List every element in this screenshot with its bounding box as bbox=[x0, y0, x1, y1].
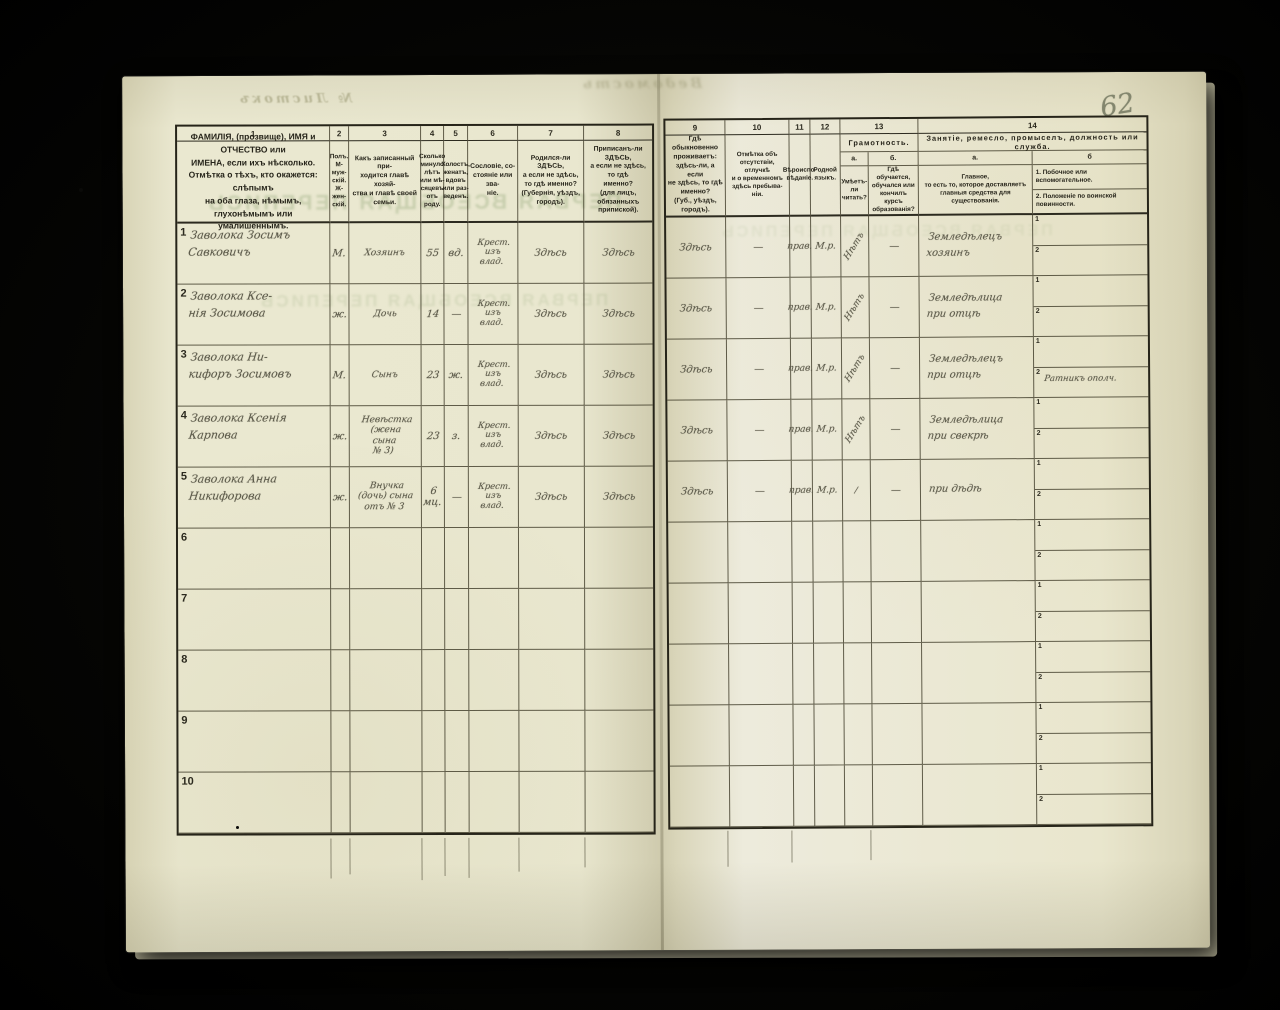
cell-can-read: Нѣтъ bbox=[841, 277, 869, 338]
table-row: Здѣсь — прав. М.р. Нѣтъ — Земледѣлецъ хо… bbox=[666, 214, 1147, 278]
cell-registration bbox=[585, 528, 653, 589]
military-status-sub2: 2 bbox=[1036, 610, 1150, 641]
cell-language bbox=[814, 704, 844, 765]
center-fold bbox=[657, 74, 664, 950]
cell-registration bbox=[586, 772, 654, 833]
cell-can-read bbox=[844, 704, 872, 765]
cell-sex bbox=[331, 589, 350, 650]
cell-education bbox=[873, 765, 923, 826]
cell-age bbox=[422, 650, 445, 711]
printed-sub-2: 2 bbox=[1037, 430, 1041, 437]
cell-name: 4 Заволока Ксенія Карпова bbox=[178, 406, 331, 467]
side-occupation-sub1: 1 bbox=[1033, 275, 1147, 305]
cell-sex bbox=[331, 650, 350, 711]
cell-name: 3 Заволока Ни- кифоръ Зосимовъ bbox=[178, 345, 331, 406]
cell-relation bbox=[351, 772, 423, 833]
hw-relation: Сынъ bbox=[371, 370, 398, 380]
col-number: 10 bbox=[725, 120, 789, 135]
cell-sex bbox=[331, 711, 350, 772]
cell-relation bbox=[350, 711, 422, 772]
row-number: 6 bbox=[181, 530, 187, 547]
hw-age: 23 bbox=[426, 370, 440, 381]
header-religion: Вѣроиспо- вѣданіе. bbox=[789, 135, 811, 217]
cell-marital: — bbox=[444, 284, 468, 345]
cell-birthplace: Здѣсь bbox=[519, 406, 585, 467]
cell-birthplace: Здѣсь bbox=[519, 345, 585, 406]
table-row: 1 2 bbox=[669, 641, 1150, 705]
cell-side-occupation: 1 2 bbox=[1033, 275, 1147, 337]
cell-name: 2 Заволока Ксе- нія Зосимова bbox=[177, 284, 330, 345]
printed-sub-1: 1 bbox=[1035, 277, 1039, 284]
printed-sub-1: 1 bbox=[1038, 704, 1042, 711]
cell-age: 23 bbox=[422, 406, 445, 467]
cell-absence: — bbox=[727, 400, 791, 461]
census-sheet-spread: ПЕРВАЯ ВСЕОБЩАЯ ПЕРЕПИСЬ ПЕРВАЯ ВСЕОБЩАЯ… bbox=[122, 72, 1210, 953]
cell-age bbox=[422, 711, 445, 772]
military-status-sub2: 2 bbox=[1037, 793, 1151, 824]
cell-education: — bbox=[870, 399, 920, 460]
table-row: 9 bbox=[178, 711, 653, 773]
cell-name: 10 bbox=[179, 772, 332, 833]
printed-sub-2: 2 bbox=[1039, 796, 1043, 803]
header-estate: Сословіе, со- стояніе или зва- ніе. bbox=[468, 141, 518, 223]
printed-sub-1: 1 bbox=[1038, 582, 1042, 589]
side-occupation-sub1: 1 bbox=[1036, 641, 1150, 671]
hw-estate: Крест. изъ влад. bbox=[475, 239, 511, 267]
hw-name: Заволока Ксе- нія Зосимова bbox=[187, 288, 273, 321]
bleed-through-smudge: Ведомость bbox=[482, 76, 702, 93]
cell-absence bbox=[729, 583, 793, 644]
table-row: 7 bbox=[178, 589, 653, 651]
cell-side-occupation: 1 2 bbox=[1035, 458, 1149, 520]
cell-religion bbox=[793, 705, 814, 766]
cell-education bbox=[872, 643, 922, 704]
cell-religion bbox=[794, 766, 815, 827]
hw-education: — bbox=[890, 484, 901, 495]
printed-sub-1: 1 bbox=[1037, 460, 1041, 467]
cell-residence: Здѣсь bbox=[667, 400, 727, 461]
cell-registration bbox=[585, 711, 653, 772]
printed-sub-2: 2 bbox=[1038, 674, 1042, 681]
printed-sub-2: 2 bbox=[1036, 369, 1040, 376]
cell-registration: Здѣсь bbox=[585, 467, 653, 528]
cell-absence: — bbox=[728, 461, 792, 522]
cell-residence: Здѣсь bbox=[666, 278, 726, 339]
grid-line-stub bbox=[870, 830, 871, 860]
cell-sex: ж. bbox=[331, 406, 350, 467]
hw-occupation: при дѣдѣ bbox=[928, 481, 983, 497]
cell-religion bbox=[793, 644, 814, 705]
cell-birthplace bbox=[520, 772, 586, 833]
hw-age: 14 bbox=[425, 309, 439, 320]
table-row: Здѣсь — прав. М.р. — — при дѣдѣ 1 2 bbox=[668, 458, 1149, 522]
table-row: 1 2 bbox=[670, 763, 1151, 827]
col-number: 9 bbox=[665, 120, 725, 135]
table-row: 1 2 bbox=[669, 702, 1150, 766]
grid-line-stub bbox=[444, 838, 445, 876]
row-number: 7 bbox=[181, 591, 187, 608]
table-row: 1 Заволока Зосимъ Савковичъ М. Хозяинъ 5… bbox=[177, 223, 652, 285]
cell-relation: Дочь bbox=[349, 284, 421, 345]
cell-religion: прав. bbox=[790, 217, 811, 278]
cell-marital: вд. bbox=[444, 223, 468, 284]
cell-birthplace bbox=[519, 528, 585, 589]
col-number: 11 bbox=[789, 120, 810, 135]
cell-main-occupation bbox=[922, 642, 1036, 704]
side-occupation-sub1: 1 bbox=[1034, 397, 1148, 427]
cell-relation bbox=[350, 650, 422, 711]
cell-main-occupation: Земледѣлица при отцѣ bbox=[919, 276, 1033, 338]
row-number: 9 bbox=[181, 713, 187, 730]
cell-religion: прав. bbox=[792, 461, 813, 522]
cell-relation bbox=[350, 528, 422, 589]
cell-name: 5 Заволока Анна Никифорова bbox=[178, 467, 331, 528]
cell-age bbox=[422, 528, 445, 589]
cell-education: — bbox=[870, 338, 920, 399]
cell-birthplace bbox=[519, 650, 585, 711]
col-number: 4 bbox=[421, 126, 444, 141]
header-name: ФАМИЛІЯ, (прозвище), ИМЯ и ОТЧЕСТВО или … bbox=[177, 141, 330, 223]
side-occupation-sub1: 1 bbox=[1035, 519, 1149, 549]
cell-marital bbox=[445, 711, 469, 772]
cell-estate: Крест. изъ влад. bbox=[469, 467, 519, 528]
col-number: 13 bbox=[840, 119, 918, 135]
subheader-letter-a: а. bbox=[841, 152, 869, 166]
cell-education bbox=[872, 704, 922, 765]
hw-absence: — bbox=[752, 241, 763, 252]
hw-age: 55 bbox=[425, 248, 439, 259]
hw-sex: М. bbox=[332, 248, 347, 259]
cell-language bbox=[815, 765, 845, 826]
cell-religion bbox=[793, 583, 814, 644]
row-number: 1 bbox=[180, 225, 186, 242]
cell-estate bbox=[469, 528, 519, 589]
cell-registration: Здѣсь bbox=[585, 406, 653, 467]
cell-main-occupation: Земледѣлецъ при отцѣ bbox=[920, 337, 1034, 399]
hw-estate: Крест. изъ влад. bbox=[475, 300, 511, 328]
subheader-letter-a2: а. bbox=[919, 151, 1033, 166]
cell-can-read: Нѣтъ bbox=[842, 399, 870, 460]
cell-birthplace bbox=[519, 711, 585, 772]
hw-language: М.р. bbox=[816, 424, 838, 434]
cell-residence bbox=[669, 705, 729, 766]
hw-birthplace: Здѣсь bbox=[534, 308, 568, 319]
cell-religion: прав. bbox=[790, 278, 811, 339]
hw-estate: Крест. изъ влад. bbox=[475, 422, 511, 450]
military-status-sub2: 2 bbox=[1033, 244, 1147, 275]
cell-sex: М. bbox=[330, 223, 349, 284]
cell-main-occupation bbox=[922, 581, 1036, 643]
hw-age: 6 мц. bbox=[421, 486, 446, 508]
header-education: Гдѣ обучается, обучался или кончилъ курс… bbox=[869, 166, 919, 216]
military-status-sub2: 2 bbox=[1034, 305, 1148, 336]
left-page-table: 1 2 3 4 5 6 7 8 ФАМИЛІЯ, (прозвище), ИМЯ… bbox=[175, 124, 656, 836]
subheader-letter-b: б. bbox=[869, 152, 919, 166]
table-row: Здѣсь — прав. М.р. Нѣтъ — Земледѣлица пр… bbox=[667, 397, 1148, 461]
grid-line-stub bbox=[518, 838, 519, 872]
cell-name: 8 bbox=[178, 650, 331, 711]
hw-can-read: Нѣтъ bbox=[844, 352, 868, 384]
hw-language: М.р. bbox=[815, 241, 837, 251]
military-status-sub2: 2 bbox=[1035, 427, 1149, 458]
header-military-status: 2. Положеніе по воинской повинности. bbox=[1033, 188, 1147, 213]
cell-side-occupation: 1 2 bbox=[1036, 641, 1150, 703]
cell-residence: Здѣсь bbox=[667, 339, 727, 400]
printed-sub-1: 1 bbox=[1037, 521, 1041, 528]
header-sex: Полъ. М-муж- скій. Ж-жен- скій. bbox=[330, 141, 349, 223]
header-relation: Какъ записанный при- ходится главѣ хозяй… bbox=[349, 141, 421, 223]
cell-language bbox=[813, 521, 843, 582]
cell-registration: Здѣсь bbox=[585, 345, 653, 406]
hw-name: Заволока Анна Никифорова bbox=[188, 471, 278, 504]
hw-sex: ж. bbox=[332, 492, 348, 503]
cell-side-occupation: 1 2 bbox=[1036, 580, 1150, 642]
cell-main-occupation: при дѣдѣ bbox=[921, 459, 1035, 521]
cell-language: М.р. bbox=[813, 460, 843, 521]
table-row: 2 Заволока Ксе- нія Зосимова ж. Дочь 14 … bbox=[177, 284, 652, 346]
cell-can-read: Нѣтъ bbox=[842, 338, 870, 399]
cell-name: 1 Заволока Зосимъ Савковичъ bbox=[177, 223, 330, 284]
hw-residence: Здѣсь bbox=[679, 303, 713, 314]
cell-estate bbox=[469, 650, 519, 711]
header-can-read: Умѣетъ- ли читать? bbox=[841, 166, 869, 216]
cell-registration: Здѣсь bbox=[584, 223, 652, 284]
cell-residence bbox=[668, 522, 728, 583]
cell-birthplace: Здѣсь bbox=[519, 467, 585, 528]
cell-absence bbox=[729, 644, 793, 705]
hw-birthplace: Здѣсь bbox=[534, 430, 568, 441]
cell-can-read bbox=[844, 582, 872, 643]
hw-residence: Здѣсь bbox=[680, 425, 714, 436]
col-number: 2 bbox=[330, 126, 349, 141]
hw-name: Заволока Ксенія Карпова bbox=[188, 410, 288, 443]
hw-religion: прав. bbox=[788, 303, 814, 313]
printed-sub-2: 2 bbox=[1037, 491, 1041, 498]
hw-registration: Здѣсь bbox=[602, 491, 636, 502]
cell-education: — bbox=[869, 216, 919, 277]
grid-line-stub bbox=[421, 838, 422, 880]
cell-name: 6 bbox=[178, 528, 331, 589]
hw-birthplace: Здѣсь bbox=[534, 369, 568, 380]
hw-military-status: Ратникъ ополч. bbox=[1044, 373, 1118, 384]
cell-religion: прав. bbox=[791, 400, 812, 461]
cell-registration: Здѣсь bbox=[584, 284, 652, 345]
cell-estate: Крест. изъ влад. bbox=[468, 223, 518, 284]
table-row: 1 2 bbox=[668, 519, 1149, 583]
hw-education: — bbox=[888, 240, 899, 251]
military-status-sub2: 2 bbox=[1037, 732, 1151, 763]
cell-estate bbox=[469, 711, 519, 772]
cell-can-read bbox=[845, 765, 873, 826]
military-status-sub2: 2 bbox=[1035, 549, 1149, 580]
printed-sub-1: 1 bbox=[1039, 765, 1043, 772]
header-main-occupation: Главное, то есть то, которое доставляетъ… bbox=[919, 165, 1033, 216]
hw-education: — bbox=[889, 423, 900, 434]
hw-name: Заволока Ни- кифоръ Зосимовъ bbox=[188, 349, 295, 382]
cell-religion: прав. bbox=[791, 339, 812, 400]
cell-name: 7 bbox=[178, 589, 331, 650]
row-number: 5 bbox=[181, 469, 187, 486]
cell-name: 9 bbox=[178, 711, 331, 772]
cell-education: — bbox=[869, 277, 919, 338]
table-row: 10 bbox=[179, 772, 654, 834]
cell-birthplace: Здѣсь bbox=[518, 223, 584, 284]
hw-can-read: — bbox=[850, 483, 863, 497]
cell-main-occupation bbox=[923, 764, 1037, 826]
hw-relation: Дочь bbox=[373, 309, 397, 319]
hw-registration: Здѣсь bbox=[602, 308, 636, 319]
photo-of-census-sheet: { "page_number": "62", "ghosts": { "cens… bbox=[0, 0, 1280, 1010]
hw-religion: прав. bbox=[788, 425, 814, 435]
side-occupation-sub1: 1 bbox=[1036, 702, 1150, 732]
cell-language bbox=[814, 582, 844, 643]
cell-marital bbox=[445, 589, 469, 650]
cell-absence bbox=[730, 766, 794, 827]
cell-relation: Сынъ bbox=[350, 345, 422, 406]
hw-birthplace: Здѣсь bbox=[534, 247, 568, 258]
header-side-occupation: 1. Побочное или вспомогательное. 2. Поло… bbox=[1033, 164, 1147, 215]
cell-education bbox=[871, 521, 921, 582]
photo-speck bbox=[236, 826, 239, 829]
cell-absence bbox=[729, 705, 793, 766]
hw-marital: — bbox=[450, 308, 461, 319]
cell-estate: Крест. изъ влад. bbox=[469, 406, 519, 467]
cell-registration bbox=[585, 589, 653, 650]
side-occupation-sub1: 1 bbox=[1034, 336, 1148, 366]
printed-sub-1: 1 bbox=[1036, 399, 1040, 406]
row-number: 10 bbox=[182, 774, 194, 791]
side-occupation-sub1: 1 bbox=[1033, 214, 1147, 244]
cell-sex: ж. bbox=[331, 467, 350, 528]
hw-estate: Крест. изъ влад. bbox=[475, 361, 511, 389]
cell-marital bbox=[446, 772, 470, 833]
cell-absence: — bbox=[726, 217, 790, 278]
hw-residence: Здѣсь bbox=[679, 242, 713, 253]
cell-relation: Хозяинъ bbox=[349, 223, 421, 284]
cell-religion bbox=[792, 522, 813, 583]
cell-residence bbox=[669, 644, 729, 705]
hw-education: — bbox=[889, 362, 900, 373]
cell-age: 6 мц. bbox=[422, 467, 445, 528]
printed-sub-2: 2 bbox=[1038, 613, 1042, 620]
row-number: 4 bbox=[181, 408, 187, 425]
cell-language: М.р. bbox=[811, 216, 841, 277]
hw-language: М.р. bbox=[816, 363, 838, 373]
right-header-grid: 9 10 11 12 13 14 Гдѣ обыкновенно прожива… bbox=[665, 117, 1147, 217]
cell-estate bbox=[469, 589, 519, 650]
hw-occupation: Земледѣлица при отцѣ bbox=[926, 290, 1003, 323]
grid-line-stub bbox=[330, 838, 331, 878]
hw-marital: ж. bbox=[448, 369, 464, 380]
header-registration: Приписанъ-ли ЗДѢСЬ, а если не здѣсь, то … bbox=[584, 141, 652, 223]
hw-language: М.р. bbox=[815, 302, 837, 312]
hw-relation: Внучка (дочь) сына отъ № 3 bbox=[356, 482, 415, 513]
hw-occupation: Земледѣлица при свекрѣ bbox=[927, 412, 1004, 445]
cell-side-occupation: 1 2 bbox=[1036, 702, 1150, 764]
left-header-row: ФАМИЛІЯ, (прозвище), ИМЯ и ОТЧЕСТВО или … bbox=[177, 141, 652, 224]
hw-marital: з. bbox=[451, 430, 461, 441]
side-occupation-sub1: 1 bbox=[1037, 763, 1151, 793]
col-number: 6 bbox=[468, 126, 518, 141]
cell-estate: Крест. изъ влад. bbox=[468, 284, 518, 345]
hw-name: Заволока Зосимъ Савковичъ bbox=[187, 227, 291, 260]
bleed-through-listok: № Листокъ bbox=[172, 91, 352, 107]
hw-registration: Здѣсь bbox=[601, 247, 635, 258]
cell-side-occupation: 1 2 bbox=[1034, 397, 1148, 459]
col-number: 12 bbox=[810, 119, 840, 134]
cell-marital bbox=[445, 528, 469, 589]
printed-sub-1: 1 bbox=[1035, 216, 1039, 223]
cell-main-occupation bbox=[922, 703, 1036, 765]
hw-absence: — bbox=[753, 424, 764, 435]
cell-side-occupation: 1 2 bbox=[1037, 763, 1151, 825]
hw-residence: Здѣсь bbox=[680, 364, 714, 375]
cell-can-read bbox=[844, 643, 872, 704]
cell-relation bbox=[350, 589, 422, 650]
cell-residence: Здѣсь bbox=[666, 217, 726, 278]
cell-main-occupation: Земледѣлица при свекрѣ bbox=[920, 398, 1034, 460]
hw-relation: Невѣстка (жена сына № 3) bbox=[357, 415, 413, 457]
cell-absence: — bbox=[726, 278, 790, 339]
cell-birthplace bbox=[519, 589, 585, 650]
header-residence: Гдѣ обыкновенно проживаетъ: здѣсь-ли, а … bbox=[665, 135, 726, 217]
table-row: Здѣсь — прав. М.р. Нѣтъ — Земледѣлица пр… bbox=[666, 275, 1147, 339]
cell-residence bbox=[669, 583, 729, 644]
table-row: 8 bbox=[178, 650, 653, 712]
hw-occupation: Земледѣлецъ хозяинъ bbox=[925, 229, 1003, 262]
cell-estate bbox=[470, 772, 520, 833]
cell-main-occupation bbox=[921, 520, 1035, 582]
table-row: 6 bbox=[178, 528, 653, 590]
hw-birthplace: Здѣсь bbox=[535, 491, 569, 502]
printed-sub-2: 2 bbox=[1037, 552, 1041, 559]
hw-sex: ж. bbox=[332, 309, 348, 320]
header-occupation-group: Занятіе, ремесло, промыселъ, должность и… bbox=[918, 132, 1146, 152]
col-number: 3 bbox=[349, 126, 421, 141]
hw-religion: прав. bbox=[787, 242, 813, 252]
hw-marital: вд. bbox=[448, 247, 465, 258]
military-status-sub2: 2 bbox=[1035, 488, 1149, 519]
cell-absence bbox=[728, 522, 792, 583]
hw-relation: Хозяинъ bbox=[364, 248, 406, 258]
subheader-letter-b2: б bbox=[1033, 150, 1147, 165]
hw-religion: прав. bbox=[789, 486, 815, 496]
hw-occupation: Земледѣлецъ при отцѣ bbox=[926, 351, 1004, 384]
col-number: 8 bbox=[584, 126, 652, 141]
hw-marital: — bbox=[451, 491, 462, 502]
header-language: Родной языкъ. bbox=[810, 134, 841, 216]
cell-birthplace: Здѣсь bbox=[518, 284, 584, 345]
cell-residence: Здѣсь bbox=[668, 461, 728, 522]
hw-language: М.р. bbox=[817, 485, 839, 495]
cell-side-occupation: 1 2 bbox=[1035, 519, 1149, 581]
hw-can-read: Нѣтъ bbox=[843, 230, 867, 262]
printed-sub-2: 2 bbox=[1036, 308, 1040, 315]
hw-registration: Здѣсь bbox=[602, 369, 636, 380]
cell-age bbox=[423, 772, 446, 833]
row-number: 3 bbox=[181, 347, 187, 364]
cell-relation: Внучка (дочь) сына отъ № 3 bbox=[350, 467, 422, 528]
grid-line-stub bbox=[468, 838, 469, 878]
cell-age: 55 bbox=[421, 223, 444, 284]
cell-estate: Крест. изъ влад. bbox=[469, 345, 519, 406]
grid-line-stub bbox=[584, 837, 585, 867]
cell-can-read: — bbox=[843, 460, 871, 521]
cell-marital: — bbox=[445, 467, 469, 528]
row-number: 8 bbox=[181, 652, 187, 669]
cell-language: М.р. bbox=[812, 399, 842, 460]
cell-side-occupation: 1 2 Ратникъ ополч. bbox=[1034, 336, 1148, 398]
